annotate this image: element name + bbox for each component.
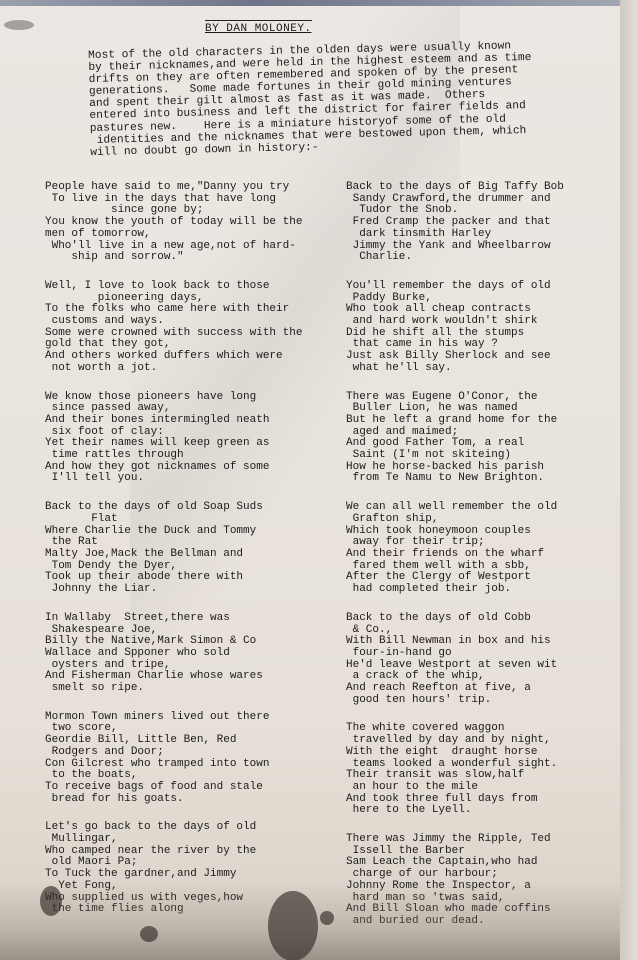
stanza: Back to the days of old Cobb & Co.,With … bbox=[346, 613, 620, 707]
poem-line: In Wallaby Street,there was bbox=[45, 613, 345, 625]
poem-line: Yet Fong, bbox=[45, 881, 345, 893]
typewritten-page: BY DAN MOLONEY. Most of the old characte… bbox=[0, 6, 620, 960]
stanza: Mormon Town miners lived out there two s… bbox=[45, 712, 345, 806]
poem-line: And their friends on the wharf bbox=[346, 549, 620, 561]
poem-line: Well, I love to look back to those bbox=[45, 281, 345, 293]
poem-line: But he left a grand home for the bbox=[346, 415, 620, 427]
poem-line: four-in-hand go bbox=[346, 648, 620, 660]
stanza: Let's go back to the days of old Mulling… bbox=[45, 822, 345, 916]
poem-line: time rattles through bbox=[45, 450, 345, 462]
byline: BY DAN MOLONEY. bbox=[205, 20, 312, 35]
poem-line: Flat bbox=[45, 514, 345, 526]
poem-line: had completed their job. bbox=[346, 584, 620, 596]
poem-line: Malty Joe,Mack the Bellman and bbox=[45, 549, 345, 561]
poem-left-column: People have said to me,"Danny you try To… bbox=[45, 182, 345, 933]
poem-line: To receive bags of food and stale bbox=[45, 782, 345, 794]
poem-line: And reach Reefton at five, a bbox=[346, 683, 620, 695]
poem-line: dark tinsmith Harley bbox=[346, 229, 620, 241]
stanza: There was Eugene O'Conor, the Buller Lio… bbox=[346, 392, 620, 486]
stanza: We know those pioneers have long since p… bbox=[45, 392, 345, 486]
poem-line: men of tomorrow, bbox=[45, 229, 345, 241]
poem-line: ship and sorrow." bbox=[45, 252, 345, 264]
poem-line: Johnny the Liar. bbox=[45, 584, 345, 596]
poem-line: and buried our dead. bbox=[346, 916, 620, 928]
stanza: Back to the days of old Soap Suds FlatWh… bbox=[45, 502, 345, 596]
stanza: We can all well remember the old Grafton… bbox=[346, 502, 620, 596]
stanza: Well, I love to look back to those pione… bbox=[45, 281, 345, 375]
poem-line: Back to the days of old Cobb bbox=[346, 613, 620, 625]
poem-line: Johnny Rome the Inspector, a bbox=[346, 881, 620, 893]
poem-line: People have said to me,"Danny you try bbox=[45, 182, 345, 194]
poem-line: not worth a jot. bbox=[45, 363, 345, 375]
stanza: In Wallaby Street,there was Shakespeare … bbox=[45, 613, 345, 695]
poem-line: Charlie. bbox=[346, 252, 620, 264]
poem-line: an hour to the mile bbox=[346, 782, 620, 794]
poem-line: smelt so ripe. bbox=[45, 683, 345, 695]
poem-line: good ten hours' trip. bbox=[346, 695, 620, 707]
scan-background-right bbox=[620, 0, 637, 960]
poem-line: Saint (I'm not skiteing) bbox=[346, 450, 620, 462]
stanza: You'll remember the days of old Paddy Bu… bbox=[346, 281, 620, 375]
stanza: People have said to me,"Danny you try To… bbox=[45, 182, 345, 264]
stanza: The white covered waggon travelled by da… bbox=[346, 723, 620, 817]
poem-line: customs and ways. bbox=[45, 316, 345, 328]
poem-line: Wallace and Spponer who sold bbox=[45, 648, 345, 660]
poem-line: With the eight draught horse bbox=[346, 747, 620, 759]
poem-line: what he'll say. bbox=[346, 363, 620, 375]
poem-right-column: Back to the days of Big Taffy Bob Sandy … bbox=[346, 182, 620, 945]
poem-line: Mullingar, bbox=[45, 834, 345, 846]
stanza: Back to the days of Big Taffy Bob Sandy … bbox=[346, 182, 620, 264]
poem-line: here to the Lyell. bbox=[346, 805, 620, 817]
poem-line: You'll remember the days of old bbox=[346, 281, 620, 293]
poem-line: Grafton ship, bbox=[346, 514, 620, 526]
poem-line: the time flies along bbox=[45, 904, 345, 916]
poem-line: bread for his goats. bbox=[45, 794, 345, 806]
poem-line: from Te Namu to New Brighton. bbox=[346, 473, 620, 485]
stanza: There was Jimmy the Ripple, Ted Issell t… bbox=[346, 834, 620, 928]
poem-line: Back to the days of Big Taffy Bob bbox=[346, 182, 620, 194]
ink-blot bbox=[4, 20, 34, 30]
poem-line: I'll tell you. bbox=[45, 473, 345, 485]
poem-line: Rodgers and Door; bbox=[45, 747, 345, 759]
poem-line: And their bones intermingled neath bbox=[45, 415, 345, 427]
poem-line: and hard work wouldn't shirk bbox=[346, 316, 620, 328]
poem-line: There was Jimmy the Ripple, Ted bbox=[346, 834, 620, 846]
intro-paragraph: Most of the old characters in the olden … bbox=[88, 39, 590, 159]
